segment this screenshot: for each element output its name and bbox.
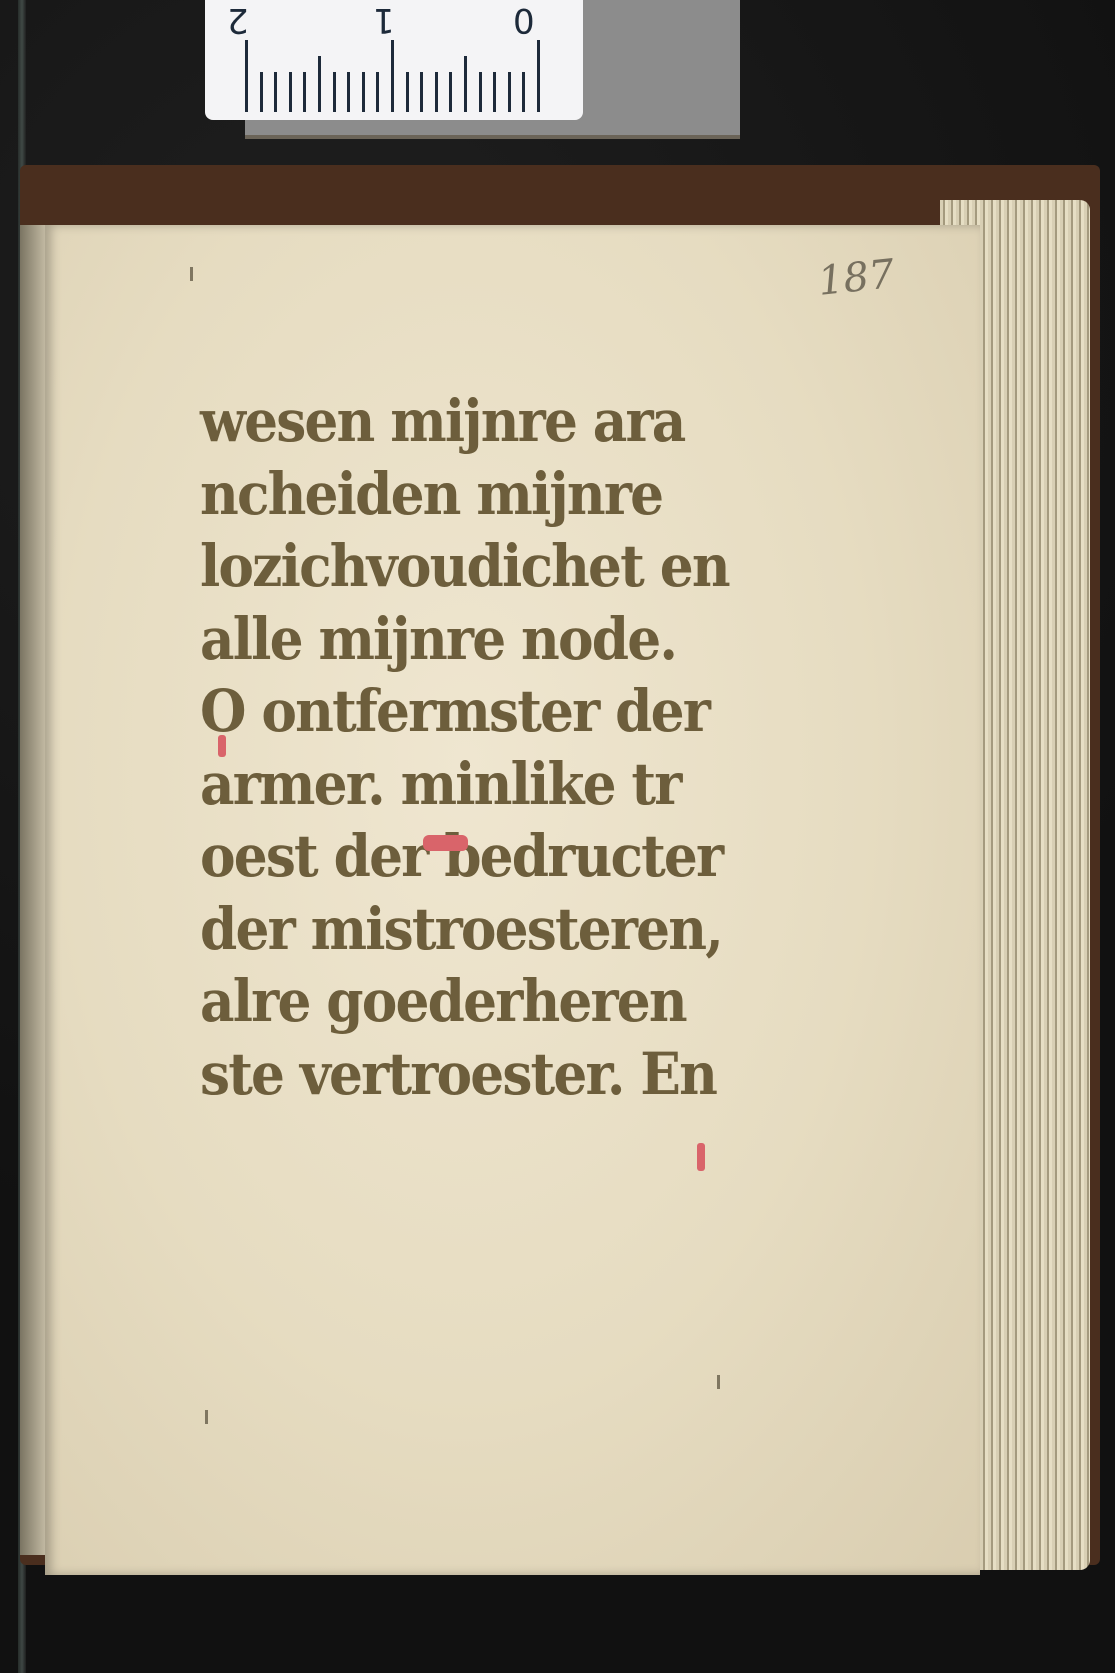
rubric-mark-E: [697, 1143, 705, 1171]
rubric-mark-O: [218, 735, 226, 757]
scale-tick: [493, 72, 496, 112]
ruling-mark: [717, 1375, 720, 1389]
scale-tick: [289, 72, 292, 112]
text-line: ncheiden mijnre: [200, 458, 734, 531]
scale-tick: [245, 40, 248, 112]
scale-tick: [318, 56, 321, 112]
folio-number: 187: [816, 251, 897, 305]
scale-tick: [391, 40, 394, 112]
ruling-mark: [205, 1410, 208, 1424]
text-line-rubricated: O ontfermster der: [200, 675, 734, 748]
scale-tick: [376, 72, 379, 112]
scale-tick: [420, 72, 423, 112]
scale-tick: [347, 72, 350, 112]
manuscript-text: wesen mijnre ara ncheiden mijnre lozichv…: [200, 385, 780, 1110]
scale-label-0: 0: [513, 0, 535, 40]
scale-tick: [274, 72, 277, 112]
text-line: alle mijnre node.: [200, 603, 734, 676]
scale-tick: [522, 72, 525, 112]
text-line: ste vertroester. En: [200, 1038, 734, 1111]
scale-tick: [464, 56, 467, 112]
scale-tick: [303, 72, 306, 112]
scale-tick: [537, 40, 540, 112]
scale-bar: 2 1 0: [205, 0, 583, 120]
scale-tick: [260, 72, 263, 112]
scale-tick: [406, 72, 409, 112]
text-line: wesen mijnre ara: [200, 385, 734, 458]
scale-label-1: 1: [373, 0, 395, 40]
text-line: oest der bedructer: [200, 820, 734, 893]
scale-tick: [362, 72, 365, 112]
text-line: der mistroesteren,: [200, 893, 734, 966]
scale-tick: [479, 72, 482, 112]
text-line: lozichvoudichet en: [200, 530, 734, 603]
scale-tick: [449, 72, 452, 112]
scale-tick: [333, 72, 336, 112]
scale-label-2: 2: [227, 0, 249, 40]
scale-tick: [508, 72, 511, 112]
ruling-mark: [190, 267, 193, 281]
rubric-mark-m: [423, 835, 468, 851]
text-line: armer. minlike tr: [200, 748, 734, 821]
text-line: alre goederheren: [200, 965, 734, 1038]
scale-tick: [435, 72, 438, 112]
